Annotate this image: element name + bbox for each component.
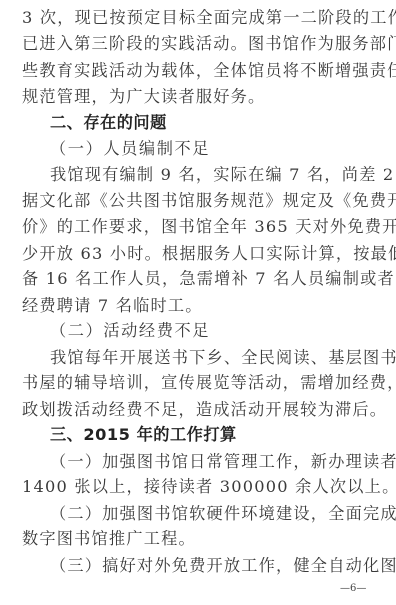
text-line: 政划拨活动经费不足，造成活动开展较为滞后。: [22, 400, 376, 420]
text-line: 我馆现有编制 9 名，实际在编 7 名，尚差 2 名编制。根: [50, 165, 376, 185]
subsection-heading: （一）人员编制不足: [50, 139, 376, 159]
text-line: 备 16 名工作人员，急需增补 7 名人员编制或者由财政解决: [22, 269, 376, 289]
text-line: （三）搞好对外免费开放工作，健全自动化图书管理系: [50, 556, 376, 576]
text-line: 少开放 63 小时。根据服务人口实际计算，按最低标准需配: [22, 244, 376, 264]
section-heading: 二、存在的问题: [50, 113, 376, 133]
text-line: 数字图书馆推广工程。: [22, 529, 376, 549]
text-line: 我馆每年开展送书下乡、全民阅读、基层图书室、农家: [50, 348, 376, 368]
text-line: 3 次，现已按预定目标全面完成第一二阶段的工作任务，现: [22, 8, 376, 28]
subsection-heading: （二）活动经费不足: [50, 321, 376, 341]
text-line: （二）加强图书馆软硬件环境建设，全面完成 2015 年: [50, 504, 376, 524]
text-line: 1400 张以上，接待读者 300000 余人次以上。: [22, 477, 376, 497]
page-number: —6—: [340, 583, 366, 594]
text-line: 经费聘请 7 名临时工。: [22, 296, 376, 316]
text-line: 据文化部《公共图书馆服务规范》规定及《免费开放绩效评: [22, 191, 376, 211]
text-line: 些教育实践活动为载体，全体馆员将不断增强责任心，注重: [22, 61, 376, 81]
text-line: 规范管理，为广大读者服好务。: [22, 87, 376, 107]
text-line: 书屋的辅导培训，宣传展览等活动，需增加经费，由于县财: [22, 373, 376, 393]
text-line: （一）加强图书馆日常管理工作，新办理读者借阅卡: [50, 452, 376, 472]
section-heading: 三、2015 年的工作打算: [50, 425, 376, 445]
text-line: 价》的工作要求，图书馆全年 365 天对外免费开放，每周至: [22, 217, 376, 237]
text-line: 已进入第三阶段的实践活动。图书馆作为服务部门，将以这: [22, 34, 376, 54]
document-page: 3 次，现已按预定目标全面完成第一二阶段的工作任务，现已进入第三阶段的实践活动。…: [0, 0, 396, 605]
